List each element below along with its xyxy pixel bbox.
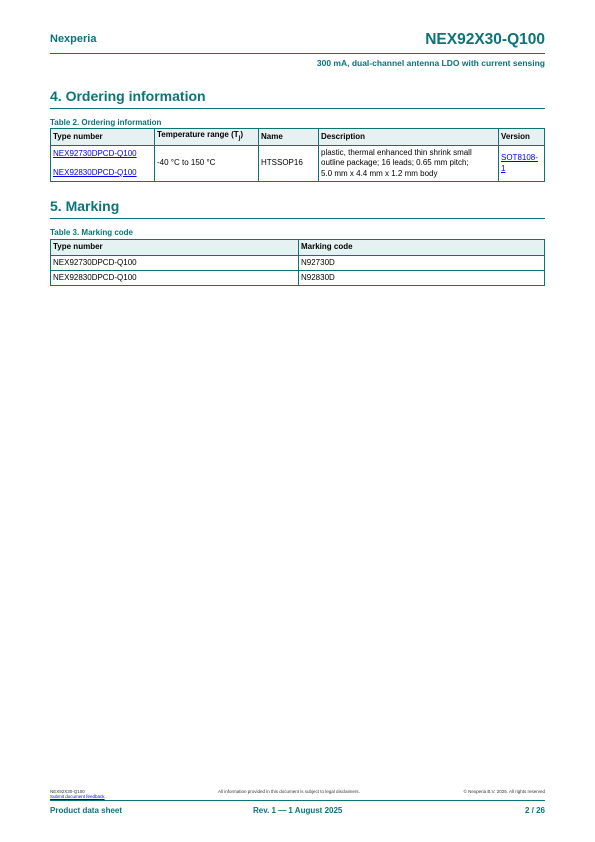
footer-page-number: 2 / 26: [525, 806, 545, 815]
marking-code-cell: N92830D: [299, 271, 545, 286]
table-header-row: Type number Temperature range (Tj) Name …: [51, 129, 545, 146]
type-number-cell: NEX92730DPCD-Q100 NEX92830DPCD-Q100: [51, 146, 155, 182]
col-marking-code: Marking code: [299, 240, 545, 256]
type-number-link[interactable]: NEX92830DPCD-Q100: [53, 168, 137, 177]
section-title-ordering: 4. Ordering information: [50, 88, 206, 104]
section-divider-ordering: [50, 108, 545, 109]
footer-revision: Rev. 1 — 1 August 2025: [253, 806, 342, 815]
section-divider-marking: [50, 218, 545, 219]
type-number-link[interactable]: NEX92730DPCD-Q100: [53, 149, 137, 158]
header-divider: [50, 53, 545, 54]
company-name: Nexperia: [50, 33, 96, 45]
description-cell: plastic, thermal enhanced thin shrink sm…: [319, 146, 499, 182]
product-subtitle: 300 mA, dual-channel antenna LDO with cu…: [317, 58, 545, 68]
temperature-range-cell: -40 °C to 150 °C: [155, 146, 259, 182]
col-temperature-label: Temperature range (T: [157, 130, 239, 139]
ordering-table: Type number Temperature range (Tj) Name …: [50, 128, 545, 182]
col-temperature-close: ): [240, 130, 243, 139]
type-number-cell: NEX92730DPCD-Q100: [51, 256, 299, 271]
description-line: plastic, thermal enhanced thin shrink sm…: [321, 148, 496, 159]
col-description: Description: [319, 129, 499, 146]
col-version: Version: [499, 129, 545, 146]
col-type-number: Type number: [51, 240, 299, 256]
table-row: NEX92730DPCD-Q100 N92730D: [51, 256, 545, 271]
footer-divider: [50, 800, 545, 801]
table-caption-marking: Table 3. Marking code: [50, 228, 133, 237]
table-header-row: Type number Marking code: [51, 240, 545, 256]
col-name: Name: [259, 129, 319, 146]
col-temperature-range: Temperature range (Tj): [155, 129, 259, 146]
product-title: NEX92X30-Q100: [425, 31, 545, 49]
feedback-link[interactable]: Submit document feedback: [50, 794, 105, 799]
footer-copyright: © Nexperia B.V. 2025. All rights reserve…: [464, 789, 545, 794]
table-row: NEX92730DPCD-Q100 NEX92830DPCD-Q100 -40 …: [51, 146, 545, 182]
table-row: NEX92830DPCD-Q100 N92830D: [51, 271, 545, 286]
marking-code-cell: N92730D: [299, 256, 545, 271]
table-caption-ordering: Table 2. Ordering information: [50, 118, 161, 127]
version-link[interactable]: SOT8108-1: [501, 153, 538, 173]
package-name-cell: HTSSOP16: [259, 146, 319, 182]
section-title-marking: 5. Marking: [50, 198, 119, 214]
col-type-number: Type number: [51, 129, 155, 146]
description-line: 5.0 mm x 4.4 mm x 1.2 mm body: [321, 169, 496, 180]
footer-disclaimer: All information provided in this documen…: [218, 789, 360, 794]
type-number-cell: NEX92830DPCD-Q100: [51, 271, 299, 286]
description-line: outline package; 16 leads; 0.65 mm pitch…: [321, 158, 496, 169]
version-cell: SOT8108-1: [499, 146, 545, 182]
marking-table: Type number Marking code NEX92730DPCD-Q1…: [50, 239, 545, 286]
footer-doc-type: Product data sheet: [50, 806, 122, 815]
